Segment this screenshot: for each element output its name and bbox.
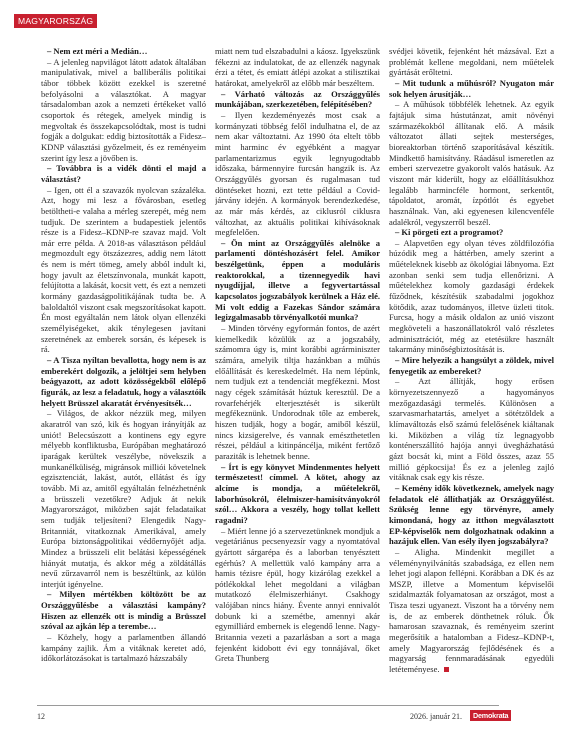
footer-divider — [37, 705, 499, 706]
page-number: 12 — [37, 712, 45, 721]
section-label: MAGYARORSZÁG — [14, 14, 97, 28]
interview-question: – Ön mint az Országgyűlés alelnöke a par… — [215, 238, 380, 323]
interview-question: – Mit tudunk a műhúsról? Nyugaton már so… — [389, 78, 554, 99]
continued-text: svédjei követik, fejenként hét mázsával.… — [389, 46, 554, 78]
interview-question: – Várható változás az Országgyűlés munká… — [215, 89, 380, 110]
interview-question: – Kemény idők következnek, amelyek nagy … — [389, 483, 554, 547]
article-column-2: miatt nem tud elszabadulni a káosz. Igye… — [215, 46, 380, 694]
end-of-article-square-icon — [444, 667, 449, 672]
interview-answer-final: – Aligha. Mindenkit megillet a véleményn… — [389, 547, 554, 675]
interview-answer: – A jelenleg napvilágot látott adatok ál… — [41, 57, 206, 164]
interview-answer: – Világos, de akkor nézzük meg, milyen a… — [41, 408, 206, 589]
article-column-3: svédjei követik, fejenként hét mázsával.… — [389, 46, 554, 694]
issue-date: 2026. január 21. — [410, 712, 462, 721]
interview-question: – Írt is egy könyvet Mindenmentes helyet… — [215, 462, 380, 526]
continued-text: miatt nem tud elszabadulni a káosz. Igye… — [215, 46, 380, 89]
interview-answer: – Közhely, hogy a parlamentben állandó k… — [41, 632, 206, 664]
interview-question: – A Tisza nyíltan bevallotta, hogy nem i… — [41, 355, 206, 408]
interview-answer: – Minden törvény egyformán fontos, de az… — [215, 323, 380, 462]
publication-logo: Demokrata — [470, 710, 511, 721]
interview-answer: – Igen, ott él a szavazók nyolcvan száza… — [41, 185, 206, 356]
interview-answer: – A műhúsok többfélék lehetnek. Az egyik… — [389, 99, 554, 227]
article-column-1: – Nem ezt méri a Medián… – A jelenleg na… — [41, 46, 206, 694]
interview-answer: – Alapvetően egy olyan téves zöldfilozóf… — [389, 238, 554, 355]
interview-answer: – Miért lenne jó a szervezetünknek mondj… — [215, 526, 380, 665]
interview-answer: – Ilyen kezdeményezés most csak a kormán… — [215, 110, 380, 238]
interview-question: – Továbbra is a vidék dönti el majd a vá… — [41, 163, 206, 184]
interview-question: – Milyen mértékben költözött be az Orszá… — [41, 589, 206, 632]
interview-question: – Mire helyezik a hangsúlyt a zöldek, mi… — [389, 355, 554, 376]
interview-question: – Ki pörgeti ezt a programot? — [389, 227, 554, 238]
interview-answer: – Azt állítják, hogy erősen környezetsze… — [389, 376, 554, 483]
article-body: – Nem ezt méri a Medián… – A jelenleg na… — [41, 46, 554, 694]
final-answer-text: – Aligha. Mindenkit megillet a véleményn… — [389, 547, 554, 674]
interview-question: – Nem ezt méri a Medián… — [41, 46, 206, 57]
